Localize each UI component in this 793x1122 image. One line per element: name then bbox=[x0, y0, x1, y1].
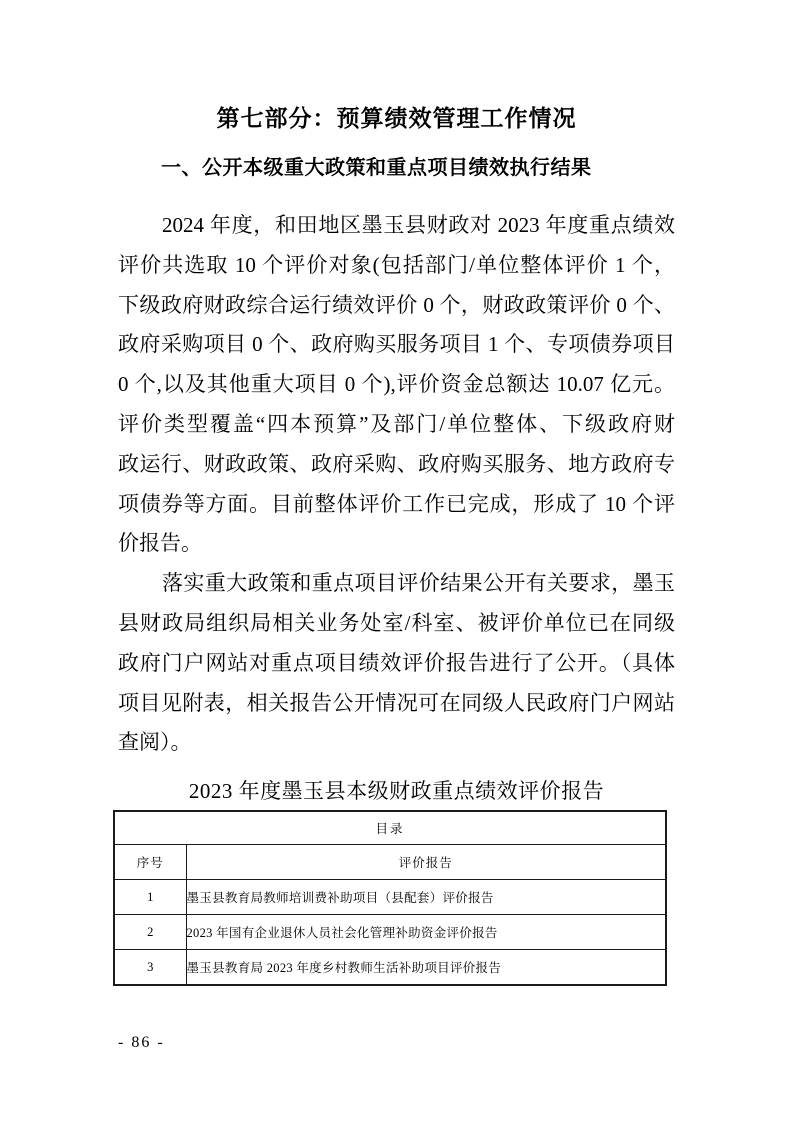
section-heading: 一、公开本级重大政策和重点项目绩效执行结果 bbox=[161, 153, 592, 183]
serial-no-cell: 3 bbox=[114, 950, 186, 986]
paragraph-line: 政府采购项目 0 个、政府购买服务项目 1 个、专项债券项目 bbox=[118, 325, 675, 365]
table-header-row: 序号 评价报告 bbox=[114, 845, 666, 880]
paragraph-line: 项目见附表，相关报告公开情况可在同级人民政府门户网站 bbox=[118, 684, 675, 724]
report-name-cell: 墨玉县教育局 2023 年度乡村教师生活补助项目评价报告 bbox=[186, 950, 666, 986]
paragraph-line: 县财政局组织局相关业务处室/科室、被评价单位已在同级 bbox=[118, 604, 675, 644]
table-row: 1墨玉县教育局教师培训费补助项目（县配套）评价报告 bbox=[114, 880, 666, 915]
paragraph-line: 项债券等方面。目前整体评价工作已完成，形成了 10 个评 bbox=[118, 485, 675, 525]
serial-no-cell: 1 bbox=[114, 880, 186, 915]
paragraph-line: 2024 年度，和田地区墨玉县财政对 2023 年度重点绩效 bbox=[118, 206, 675, 246]
paragraph-line: 价报告。 bbox=[118, 524, 675, 564]
table-row: 22023 年国有企业退休人员社会化管理补助资金评价报告 bbox=[114, 915, 666, 950]
table-row: 3墨玉县教育局 2023 年度乡村教师生活补助项目评价报告 bbox=[114, 950, 666, 986]
page-number: - 86 - bbox=[118, 1034, 165, 1052]
report-directory-table: 目录 序号 评价报告 1墨玉县教育局教师培训费补助项目（县配套）评价报告2202… bbox=[113, 810, 667, 986]
column-header-report: 评价报告 bbox=[186, 845, 666, 880]
paragraph-line: 政运行、财政政策、政府采购、政府购买服务、地方政府专 bbox=[118, 445, 675, 485]
paragraph-line: 评价类型覆盖“四本预算”及部门/单位整体、下级政府财 bbox=[118, 405, 675, 445]
paragraph-line: 0 个,以及其他重大项目 0 个),评价资金总额达 10.07 亿元。 bbox=[118, 365, 675, 405]
paragraph-line: 政府门户网站对重点项目绩效评价报告进行了公开。（具体 bbox=[118, 644, 675, 684]
paragraph-line: 落实重大政策和重点项目评价结果公开有关要求，墨玉 bbox=[118, 564, 675, 604]
column-header-serial-no: 序号 bbox=[114, 845, 186, 880]
body-text: 2024 年度，和田地区墨玉县财政对 2023 年度重点绩效评价共选取 10 个… bbox=[118, 206, 675, 763]
table-caption-row: 目录 bbox=[114, 811, 666, 845]
report-table-body: 目录 序号 评价报告 1墨玉县教育局教师培训费补助项目（县配套）评价报告2202… bbox=[114, 811, 666, 985]
paragraph-line: 下级政府财政综合运行绩效评价 0 个，财政政策评价 0 个、 bbox=[118, 286, 675, 326]
paragraph: 落实重大政策和重点项目评价结果公开有关要求，墨玉县财政局组织局相关业务处室/科室… bbox=[118, 564, 675, 763]
report-name-cell: 墨玉县教育局教师培训费补助项目（县配套）评价报告 bbox=[186, 880, 666, 915]
table-caption: 目录 bbox=[114, 811, 666, 845]
table-title: 2023 年度墨玉县本级财政重点绩效评价报告 bbox=[0, 776, 793, 806]
paragraph-line: 查阅）。 bbox=[118, 723, 675, 763]
page-title: 第七部分：预算绩效管理工作情况 bbox=[0, 103, 793, 133]
paragraph-line: 评价共选取 10 个评价对象(包括部门/单位整体评价 1 个， bbox=[118, 246, 675, 286]
report-name-cell: 2023 年国有企业退休人员社会化管理补助资金评价报告 bbox=[186, 915, 666, 950]
paragraph: 2024 年度，和田地区墨玉县财政对 2023 年度重点绩效评价共选取 10 个… bbox=[118, 206, 675, 564]
serial-no-cell: 2 bbox=[114, 915, 186, 950]
document-page: 第七部分：预算绩效管理工作情况 一、公开本级重大政策和重点项目绩效执行结果 20… bbox=[0, 0, 793, 1122]
